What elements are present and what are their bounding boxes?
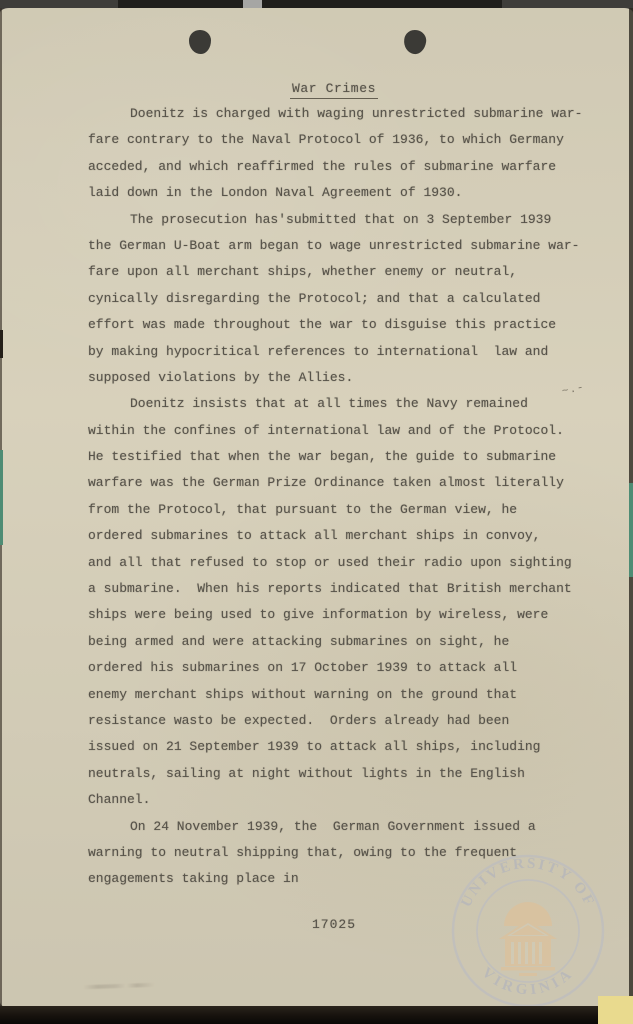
text-line: enemy merchant ships without warning on … — [88, 682, 608, 708]
text-line: the German U-Boat arm began to wage unre… — [88, 233, 608, 259]
text-line: warfare was the German Prize Ordinance t… — [88, 470, 608, 496]
text-line: by making hypocritical references to int… — [88, 339, 608, 365]
text-line: within the confines of international law… — [88, 418, 608, 444]
text-line: ordered his submarines on 17 October 193… — [88, 655, 608, 681]
scanner-bottom-band — [0, 1006, 633, 1024]
document-title: War Crimes — [88, 81, 580, 96]
text-line: Channel. — [88, 787, 608, 813]
text-line: being armed and were attacking submarine… — [88, 629, 608, 655]
text-line: fare upon all merchant ships, whether en… — [88, 259, 608, 285]
text-line: The prosecution has'submitted that on 3 … — [88, 207, 608, 233]
text-line: engagements taking place in — [88, 866, 608, 892]
right-edge-green-sliver — [629, 483, 633, 577]
text-line: issued on 21 September 1939 to attack al… — [88, 734, 608, 760]
text-line: effort was made throughout the war to di… — [88, 312, 608, 338]
text-line: acceded, and which reaffirmed the rules … — [88, 154, 608, 180]
text-line: supposed violations by the Allies. — [88, 365, 608, 391]
text-line: Doenitz is charged with waging unrestric… — [88, 101, 608, 127]
punch-hole-left — [189, 30, 211, 54]
text-line: ordered submarines to attack all merchan… — [88, 523, 608, 549]
left-edge-dark-mark — [0, 330, 3, 358]
text-line: neutrals, sailing at night without light… — [88, 761, 608, 787]
left-edge-green-sliver — [0, 450, 3, 545]
text-line: warning to neutral shipping that, owing … — [88, 840, 608, 866]
typewritten-body: Doenitz is charged with waging unrestric… — [88, 101, 608, 893]
document-title-text: War Crimes — [290, 81, 378, 99]
yellow-corner-tab — [598, 996, 633, 1024]
text-line: cynically disregarding the Protocol; and… — [88, 286, 608, 312]
scanned-document-page: UNIVERSITY OF VIRGINIA War Crimes Do — [0, 0, 633, 1024]
text-line: fare contrary to the Naval Protocol of 1… — [88, 127, 608, 153]
text-line: Doenitz insists that at all times the Na… — [88, 391, 608, 417]
page-number: 17025 — [88, 912, 580, 938]
text-line: He testified that when the war began, th… — [88, 444, 608, 470]
text-line: from the Protocol, that pursuant to the … — [88, 497, 608, 523]
text-line: On 24 November 1939, the German Governme… — [88, 814, 608, 840]
text-line: ships were being used to give informatio… — [88, 602, 608, 628]
text-line: and all that refused to stop or used the… — [88, 550, 608, 576]
text-line: laid down in the London Naval Agreement … — [88, 180, 608, 206]
text-line: a submarine. When his reports indicated … — [88, 576, 608, 602]
text-line: resistance wasto be expected. Orders alr… — [88, 708, 608, 734]
